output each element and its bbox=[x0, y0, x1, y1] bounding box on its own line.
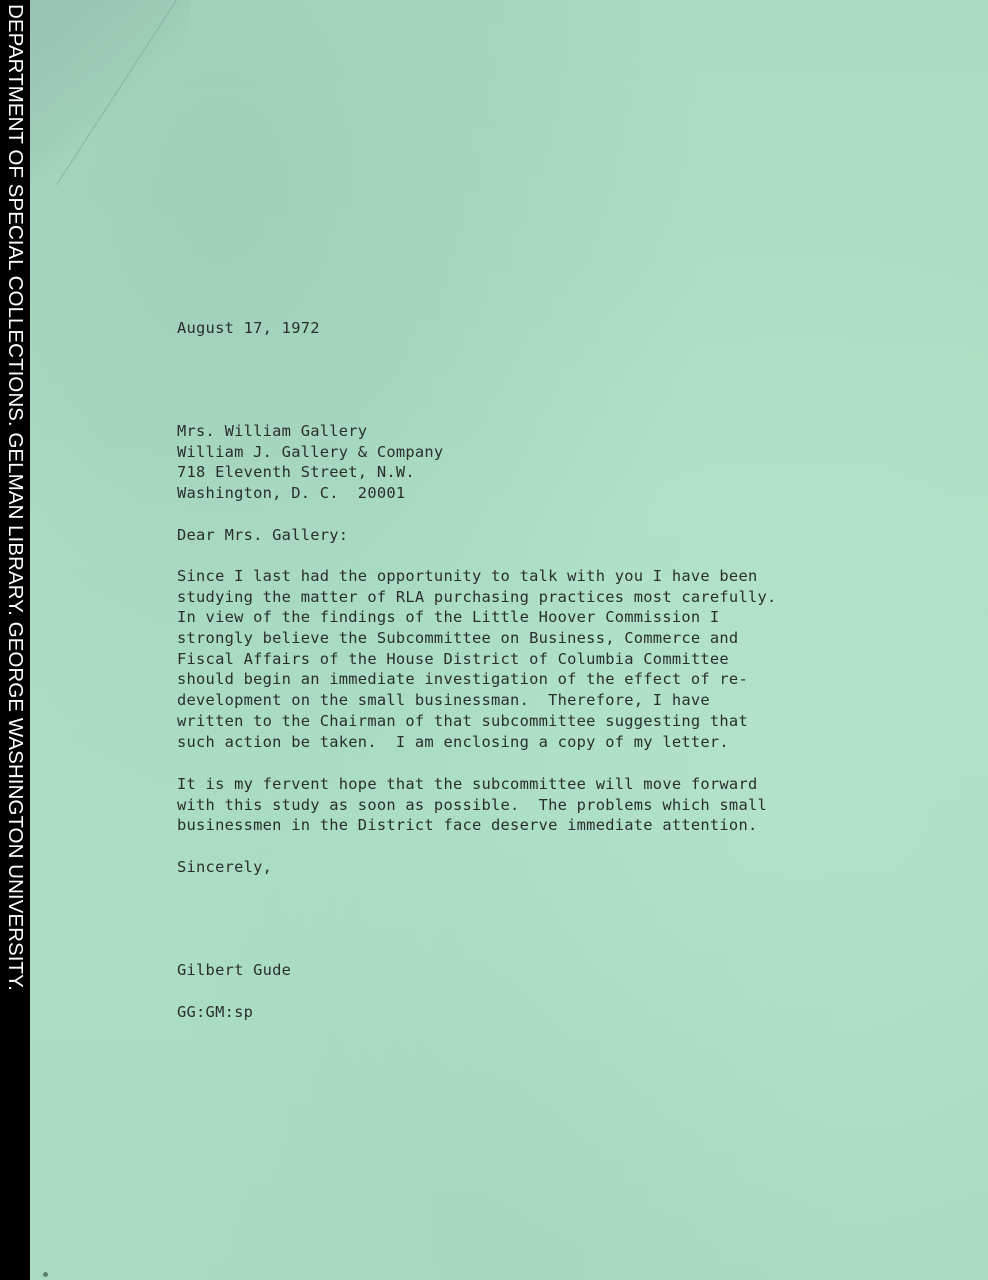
paragraph-line: development on the small businessman. Th… bbox=[177, 690, 777, 711]
reference-initials: GG:GM:sp bbox=[177, 1002, 253, 1023]
body-paragraph-1: Since I last had the opportunity to talk… bbox=[177, 566, 777, 752]
fold-crease bbox=[56, 0, 177, 185]
address-line: Mrs. William Gallery bbox=[177, 421, 443, 442]
paragraph-line: strongly believe the Subcommittee on Bus… bbox=[177, 628, 777, 649]
signer-name: Gilbert Gude bbox=[177, 960, 291, 981]
closing: Sincerely, bbox=[177, 857, 272, 878]
archive-credit-text: DEPARTMENT OF SPECIAL COLLECTIONS. GELMA… bbox=[0, 0, 30, 991]
paragraph-line: such action be taken. I am enclosing a c… bbox=[177, 732, 777, 753]
letter-date: August 17, 1972 bbox=[177, 318, 320, 339]
paragraph-line: with this study as soon as possible. The… bbox=[177, 795, 767, 816]
paragraph-line: In view of the findings of the Little Ho… bbox=[177, 607, 777, 628]
paper-speck bbox=[43, 1272, 48, 1277]
paragraph-line: businessmen in the District face deserve… bbox=[177, 815, 767, 836]
paragraph-line: should begin an immediate investigation … bbox=[177, 669, 777, 690]
recipient-address: Mrs. William Gallery William J. Gallery … bbox=[177, 421, 443, 504]
paragraph-line: written to the Chairman of that subcommi… bbox=[177, 711, 777, 732]
archive-credit-strip: DEPARTMENT OF SPECIAL COLLECTIONS. GELMA… bbox=[0, 0, 30, 1280]
address-line: Washington, D. C. 20001 bbox=[177, 483, 443, 504]
paragraph-line: Since I last had the opportunity to talk… bbox=[177, 566, 777, 587]
paragraph-line: It is my fervent hope that the subcommit… bbox=[177, 774, 767, 795]
address-line: William J. Gallery & Company bbox=[177, 442, 443, 463]
paragraph-line: Fiscal Affairs of the House District of … bbox=[177, 649, 777, 670]
salutation: Dear Mrs. Gallery: bbox=[177, 525, 348, 546]
address-line: 718 Eleventh Street, N.W. bbox=[177, 462, 443, 483]
body-paragraph-2: It is my fervent hope that the subcommit… bbox=[177, 774, 767, 836]
paragraph-line: studying the matter of RLA purchasing pr… bbox=[177, 587, 777, 608]
